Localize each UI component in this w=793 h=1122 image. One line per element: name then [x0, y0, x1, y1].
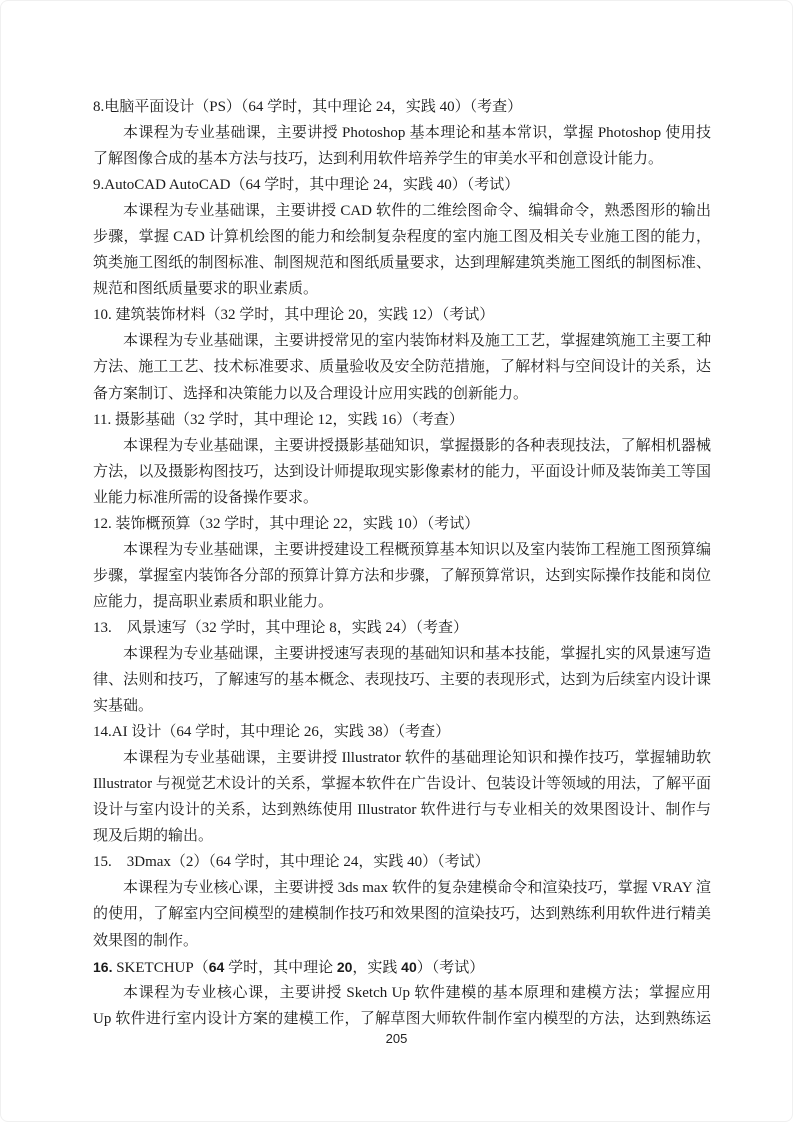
paragraph-line: 本课程为专业基础课，主要讲授摄影基础知识，掌握摄影的各种表现技法，了解相机器械的… [93, 433, 711, 459]
paragraph-line: 本课程为专业基础课，主要讲授 Photoshop 基本理论和基本常识，掌握 Ph… [93, 120, 711, 146]
paragraph-line: 业能力标准所需的设备操作要求。 [93, 485, 711, 511]
paragraph-line: 筑类施工图纸的制图标准、制图规范和图纸质量要求，达到理解建筑类施工图纸的制图标准… [93, 250, 711, 276]
paragraph-line: 步骤，掌握室内装饰各分部的预算计算方法和步骤，了解预算常识，达到实际操作技能和岗… [93, 563, 711, 589]
paragraph-line: Up 软件进行室内设计方案的建模工作，了解草图大师软件制作室内模型的方法，达到熟… [93, 1006, 711, 1032]
paragraph-line: 实基础。 [93, 693, 711, 719]
paragraph-line: 本课程为专业基础课，主要讲授常见的室内装饰材料及施工工艺，掌握建筑施工主要工种的… [93, 328, 711, 354]
heading-number: 20 [337, 959, 353, 975]
heading-number: 40 [401, 959, 417, 975]
paragraph-line: 方法、施工工艺、技术标准要求、质量验收及安全防范措施，了解材料与空间设计的关系，… [93, 354, 711, 380]
course-heading: 8.电脑平面设计（PS）（64 学时，其中理论 24，实践 40）（考查） [93, 94, 711, 120]
paragraph-line: 应能力，提高职业素质和职业能力。 [93, 589, 711, 615]
paragraph-line: 方法，以及摄影构图技巧，达到设计师提取现实影像素材的能力，平面设计师及装饰美工等… [93, 459, 711, 485]
paragraph-line: 本课程为专业核心课，主要讲授 3ds max 软件的复杂建模命令和渲染技巧，掌握… [93, 875, 711, 901]
course-heading: 11. 摄影基础（32 学时，其中理论 12，实践 16）（考查） [93, 407, 711, 433]
paragraph-line: 现及后期的输出。 [93, 823, 711, 849]
course-heading: 15. 3Dmax（2）（64 学时，其中理论 24，实践 40）（考试） [93, 849, 711, 875]
heading-text: ，实践 [352, 960, 401, 976]
course-heading: 14.AI 设计（64 学时，其中理论 26，实践 38）（考查） [93, 719, 711, 745]
page-footer: 205 [1, 1030, 792, 1048]
document-page: 8.电脑平面设计（PS）（64 学时，其中理论 24，实践 40）（考查）本课程… [0, 0, 793, 1122]
heading-text: ）（考试） [417, 960, 485, 976]
course-heading: 9.AutoCAD AutoCAD（64 学时，其中理论 24，实践 40）（考… [93, 172, 711, 198]
course-heading: 16. SKETCHUP（64 学时，其中理论 20，实践 40）（考试） [93, 954, 711, 980]
paragraph-line: 规范和图纸质量要求的职业素质。 [93, 276, 711, 302]
heading-text: SKETCHUP（ [112, 960, 208, 976]
course-heading: 10. 建筑装饰材料（32 学时，其中理论 20，实践 12）（考试） [93, 302, 711, 328]
course-heading: 13. 风景速写（32 学时，其中理论 8，实践 24）（考查） [93, 615, 711, 641]
course-heading: 12. 装饰概预算（32 学时，其中理论 22，实践 10）（考试） [93, 511, 711, 537]
paragraph-line: 本课程为专业核心课，主要讲授 Sketch Up 软件建模的基本原理和建模方法；… [93, 980, 711, 1006]
paragraph-line: 本课程为专业基础课，主要讲授 Illustrator 软件的基础理论知识和操作技… [93, 745, 711, 771]
paragraph-line: 本课程为专业基础课，主要讲授 CAD 软件的二维绘图命令、编辑命令，熟悉图形的输… [93, 198, 711, 224]
paragraph-line: 效果图的制作。 [93, 928, 711, 954]
paragraph-line: 步骤，掌握 CAD 计算机绘图的能力和绘制复杂程度的室内施工图及相关专业施工图的… [93, 224, 711, 250]
paragraph-line: Illustrator 与视觉艺术设计的关系，掌握本软件在广告设计、包装设计等领… [93, 771, 711, 797]
document-lines: 8.电脑平面设计（PS）（64 学时，其中理论 24，实践 40）（考查）本课程… [93, 94, 711, 1032]
paragraph-line: 了解图像合成的基本方法与技巧，达到利用软件培养学生的审美水平和创意设计能力。 [93, 146, 711, 172]
paragraph-line: 本课程为专业基础课，主要讲授建设工程概预算基本知识以及室内装饰工程施工图预算编制… [93, 537, 711, 563]
page-number: 205 [386, 1031, 408, 1046]
heading-text: 学时，其中理论 [224, 960, 337, 976]
paragraph-line: 的使用，了解室内空间模型的建模制作技巧和效果图的渲染技巧，达到熟练利用软件进行精… [93, 901, 711, 927]
paragraph-line: 设计与室内设计的关系，达到熟练使用 Illustrator 软件进行与专业相关的… [93, 797, 711, 823]
paragraph-line: 备方案制订、选择和决策能力以及合理设计应用实践的创新能力。 [93, 381, 711, 407]
heading-number: 16. [93, 959, 112, 975]
paragraph-line: 律、法则和技巧，了解速写的基本概念、表现技巧、主要的表现形式，达到为后续室内设计… [93, 667, 711, 693]
heading-number: 64 [209, 959, 225, 975]
paragraph-line: 本课程为专业基础课，主要讲授速写表现的基础知识和基本技能，掌握扎实的风景速写造型… [93, 641, 711, 667]
